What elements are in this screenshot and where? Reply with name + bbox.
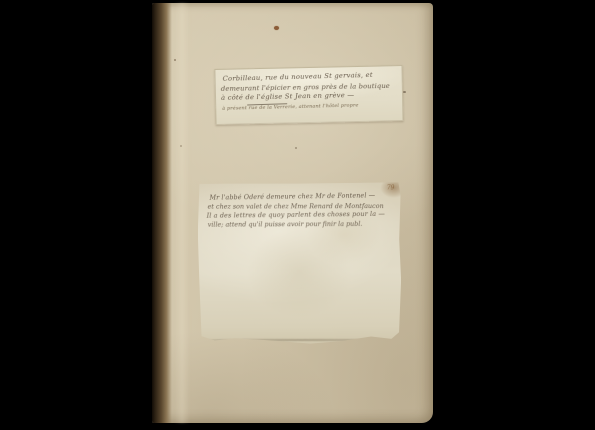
folio-number: 79: [387, 184, 395, 191]
handwriting-line: ville; attend qu'il puisse avoir pour fi…: [208, 219, 363, 228]
ink-speck: [174, 59, 176, 61]
handwriting-line: à côté de l'église St Jean en grève —: [221, 91, 354, 102]
page-crease: [174, 3, 190, 423]
ink-speck: [403, 91, 406, 93]
handwriting-line: demeurant l'épicier en gros près de la b…: [221, 81, 390, 92]
manuscript-scan: Corbilleau, rue du nouveau St gervais, e…: [0, 0, 595, 430]
ink-stain-dot: [274, 26, 279, 30]
ink-speck: [295, 147, 297, 149]
handwriting-line-small: à présent rue de la Verrerie, attenant l…: [222, 103, 358, 111]
binding-spine-edge: [152, 3, 172, 423]
handwriting-line: Corbilleau, rue du nouveau St gervais, e…: [223, 71, 373, 83]
handwriting-line: Mr l'abbé Oderé demeure chez Mr de Fonte…: [209, 191, 375, 201]
handwriting-line: Il a des lettres de quoy parlent des cho…: [207, 210, 385, 220]
pasted-slip-address-note: Corbilleau, rue du nouveau St gervais, e…: [214, 65, 403, 125]
ink-speck: [180, 145, 182, 147]
pasted-slip-memo-note: 79 Mr l'abbé Oderé demeure chez Mr de Fo…: [197, 182, 401, 346]
